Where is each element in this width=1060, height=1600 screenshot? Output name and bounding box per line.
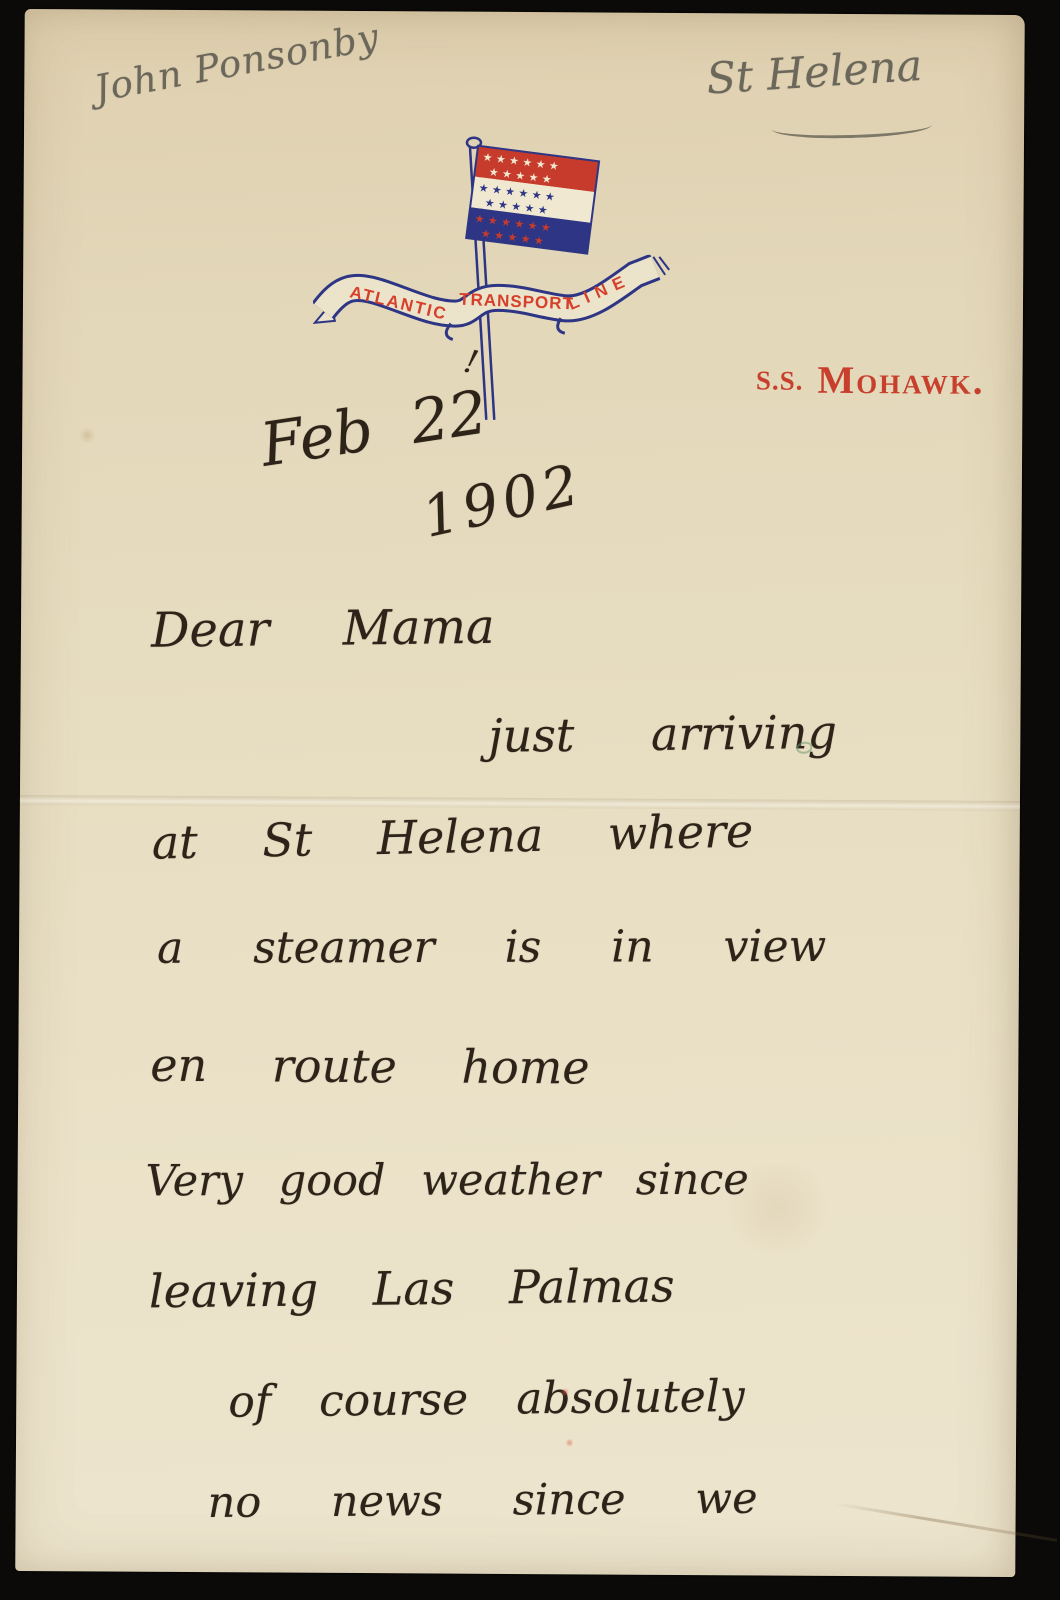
letter-date-day: Feb 22 xyxy=(257,382,491,476)
letter-date-year: 1902 xyxy=(418,457,589,547)
paper-corner-fold xyxy=(835,1502,1057,1542)
pencil-underline xyxy=(772,124,932,141)
pencil-annotation-place: St Helena xyxy=(705,45,923,102)
letter-line: no news since we xyxy=(208,1478,758,1525)
letter-line: leaving Las Palmas xyxy=(149,1262,675,1314)
stain xyxy=(78,427,96,443)
photo-background: John Ponsonby St Helena ★ ★ ★ ★ ★ ★ ★ ★ … xyxy=(0,0,1060,1600)
letter-paper: John Ponsonby St Helena ★ ★ ★ ★ ★ ★ ★ ★ … xyxy=(15,9,1025,1577)
letter-line: at St Helena where xyxy=(151,808,753,866)
stain xyxy=(560,1388,569,1396)
letter-salutation: Dear Mama xyxy=(151,603,495,655)
stain xyxy=(566,1438,573,1447)
letter-line: en route home xyxy=(150,1042,590,1091)
letterhead-banner: ATLANTIC TRANSPORT LINE xyxy=(313,253,676,345)
letter-line: just arriving xyxy=(488,709,837,759)
stain xyxy=(717,1163,838,1254)
letter-line: of course absolutely xyxy=(228,1375,745,1425)
ship-name-line: S.S. Mohawk. xyxy=(662,357,984,404)
letter-line: a steamer is in view xyxy=(157,925,826,971)
letter-line: Very good weather since xyxy=(146,1159,749,1204)
ship-prefix: S.S. xyxy=(756,365,804,395)
pencil-annotation-name: John Ponsonby xyxy=(92,18,383,108)
ship-name: Mohawk. xyxy=(817,359,984,403)
